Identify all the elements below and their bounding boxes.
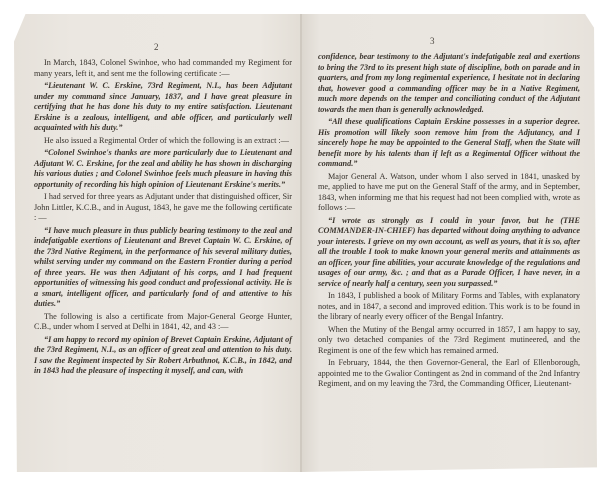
paragraph: He also issued a Regimental Order of whi… — [34, 136, 292, 147]
paragraph: When the Mutiny of the Bengal army occur… — [318, 325, 580, 357]
paragraph: Major General A. Watson, under whom I al… — [318, 172, 580, 214]
quote-littler-certificate: “I have much pleasure in thus publicly b… — [34, 226, 292, 310]
page-number-left: 2 — [154, 42, 159, 52]
paragraph: In 1843, I published a book of Military … — [318, 291, 580, 323]
right-page-text: confidence, bear testimony to the Adjuta… — [318, 52, 580, 392]
right-page: 3 confidence, bear testimony to the Adju… — [302, 14, 600, 472]
quote-swinhoe-certificate: “Lieutenant W. C. Erskine, 73rd Regiment… — [34, 81, 292, 134]
page-number-right: 3 — [430, 36, 435, 46]
quote-qualifications: “All these qualifications Captain Erskin… — [318, 117, 580, 170]
left-page-text: In March, 1843, Colonel Swinhoe, who had… — [34, 58, 292, 379]
paragraph: In February, 1844, the then Governor-Gen… — [318, 358, 580, 390]
quote-hunter-certificate: “I am happy to record my opinion of Brev… — [34, 335, 292, 377]
open-book: 2 In March, 1843, Colonel Swinhoe, who h… — [14, 8, 602, 478]
paragraph: The following is also a certificate from… — [34, 312, 292, 333]
paragraph: I had served for three years as Adjutant… — [34, 192, 292, 224]
left-page: 2 In March, 1843, Colonel Swinhoe, who h… — [14, 14, 302, 472]
quote-watson-letter: “I wrote as strongly as I could in your … — [318, 216, 580, 290]
quote-continuation: confidence, bear testimony to the Adjuta… — [318, 52, 580, 115]
paragraph: In March, 1843, Colonel Swinhoe, who had… — [34, 58, 292, 79]
quote-regimental-order: “Colonel Swinhoe's thanks are more parti… — [34, 148, 292, 190]
